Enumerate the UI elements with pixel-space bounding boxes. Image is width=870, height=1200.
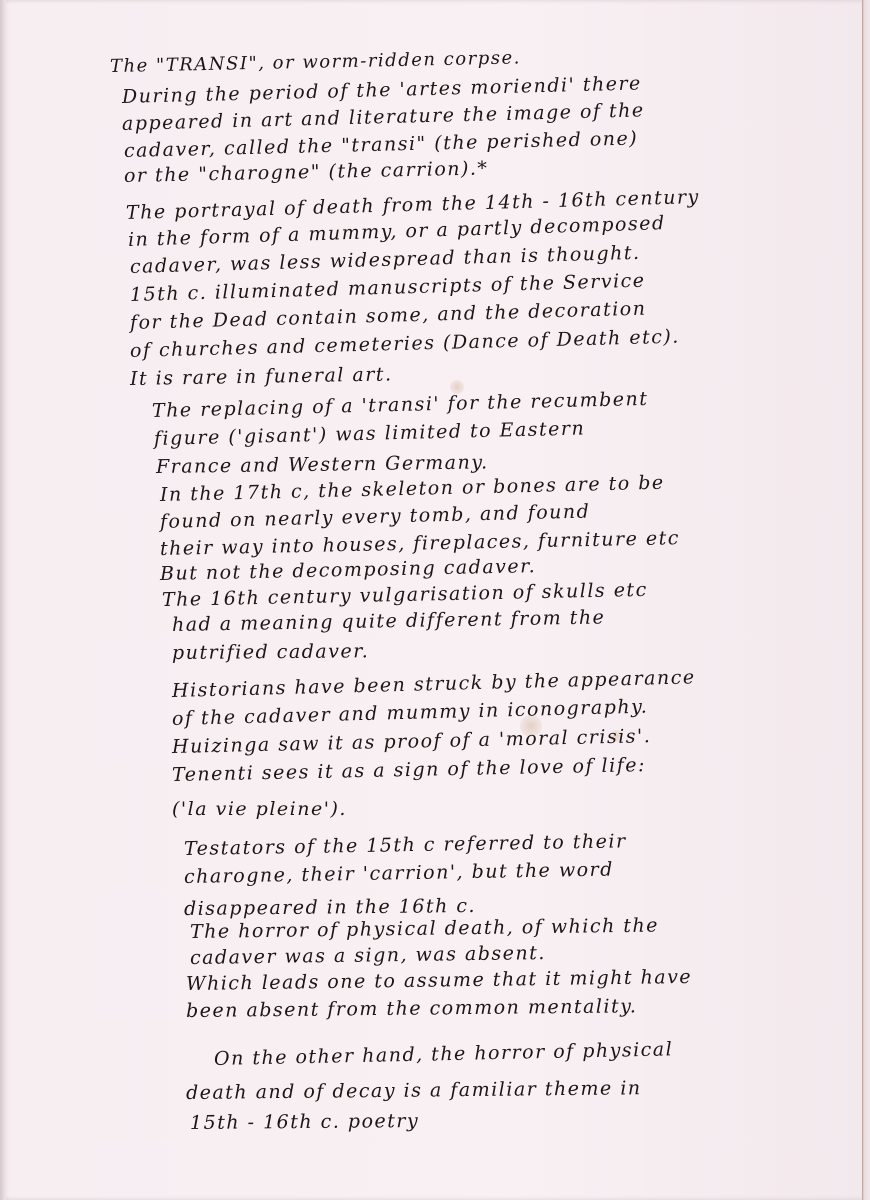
text-line: Testators of the 15th c referred to thei…	[184, 830, 627, 860]
text-line: cadaver was a sign, was absent.	[190, 942, 546, 969]
text-line: On the other hand, the horror of physica…	[214, 1038, 674, 1070]
text-line: disappeared in the 16th c.	[184, 895, 476, 920]
text-line: ('la vie pleine').	[172, 798, 347, 820]
text-line: found on nearly every tomb, and found	[160, 500, 591, 533]
text-line: or the "charogne" (the carrion).*	[124, 157, 489, 187]
text-line: been absent from the common mentality.	[186, 995, 638, 1022]
text-line: France and Western Germany.	[156, 451, 489, 478]
text-line: charogne, their 'carrion', but the word	[184, 858, 614, 887]
page-binding-edge	[0, 0, 6, 1200]
text-line: had a meaning quite different from the	[172, 606, 606, 636]
text-line: their way into houses, fireplaces, furni…	[160, 527, 680, 560]
text-line: Huizinga saw it as proof of a 'moral cri…	[172, 725, 652, 758]
text-line: death and of decay is a familiar theme i…	[186, 1077, 642, 1104]
text-line: of the cadaver and mummy in iconography.	[172, 696, 649, 730]
document-title: The "TRANSI", or worm-ridden corpse.	[110, 47, 521, 77]
text-line: It is rare in funeral art.	[130, 363, 393, 390]
text-line: 15th - 16th c. poetry	[190, 1110, 419, 1134]
manuscript-page: The "TRANSI", or worm-ridden corpse. Dur…	[0, 0, 862, 1200]
text-line: But not the decomposing cadaver.	[160, 555, 537, 585]
page-edge	[862, 0, 870, 1200]
text-line: figure ('gisant') was limited to Eastern	[154, 417, 586, 450]
text-line: Which leads one to assume that it might …	[186, 966, 692, 995]
text-line: putrified cadaver.	[172, 640, 369, 664]
text-line: Tenenti sees it as a sign of the love of…	[172, 754, 646, 786]
